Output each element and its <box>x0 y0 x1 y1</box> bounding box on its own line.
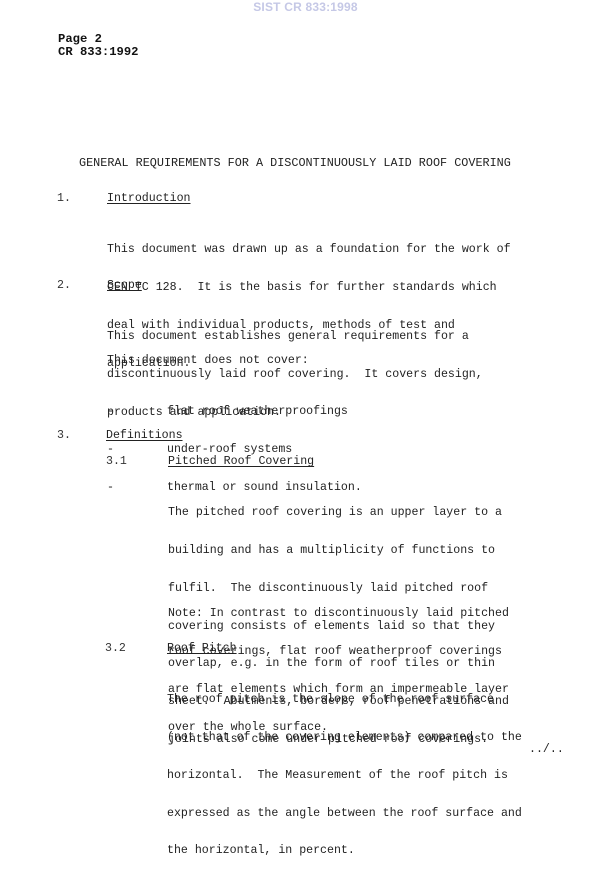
subsection-3-2-number: 3.2 <box>105 643 126 656</box>
subsection-3-2-body: The roof pitch is the slope of the roof … <box>167 669 522 871</box>
text-line: horizontal. The Measurement of the roof … <box>167 770 522 783</box>
text-line: the horizontal, in percent. <box>167 845 522 858</box>
section-1-heading: Introduction <box>107 193 191 206</box>
list-item: -flat roof weatherproofings <box>107 406 121 419</box>
section-2-heading: Scope <box>107 280 142 293</box>
document-id: CR 833:1992 <box>58 46 138 59</box>
text-line: The roof pitch is the slope of the roof … <box>167 694 522 707</box>
section-1-number: 1. <box>57 193 71 206</box>
continuation-marker: ../.. <box>529 744 564 757</box>
section-3-heading: Definitions <box>106 430 183 443</box>
list-item: -thermal or sound insulation. <box>107 482 121 495</box>
subsection-3-2-heading: Roof Pitch <box>167 643 237 656</box>
text-line: building and has a multiplicity of funct… <box>168 545 509 558</box>
not-cover-intro: This document does not cover: <box>107 355 309 368</box>
exclusion-list: -flat roof weatherproofings -under-roof … <box>107 381 121 507</box>
section-3-number: 3. <box>57 430 71 443</box>
text-line: (not that of the covering elements) comp… <box>167 732 522 745</box>
document-title: GENERAL REQUIREMENTS FOR A DISCONTINUOUS… <box>79 156 511 170</box>
subsection-3-1-number: 3.1 <box>106 456 127 469</box>
section-2-number: 2. <box>57 280 71 293</box>
text-line: The pitched roof covering is an upper la… <box>168 507 509 520</box>
text-line: expressed as the angle between the roof … <box>167 808 522 821</box>
watermark: SIST CR 833:1998 <box>0 0 611 14</box>
text-line: Note: In contrast to discontinuously lai… <box>168 608 509 621</box>
text-line: This document establishes general requir… <box>107 331 483 344</box>
page-header: Page 2 CR 833:1992 <box>58 33 138 59</box>
text-line: CEN TC 128. It is the basis for further … <box>107 282 511 295</box>
text-line: discontinuously laid roof covering. It c… <box>107 369 483 382</box>
text-line: This document was drawn up as a foundati… <box>107 244 511 257</box>
subsection-3-1-heading: Pitched Roof Covering <box>168 456 314 469</box>
